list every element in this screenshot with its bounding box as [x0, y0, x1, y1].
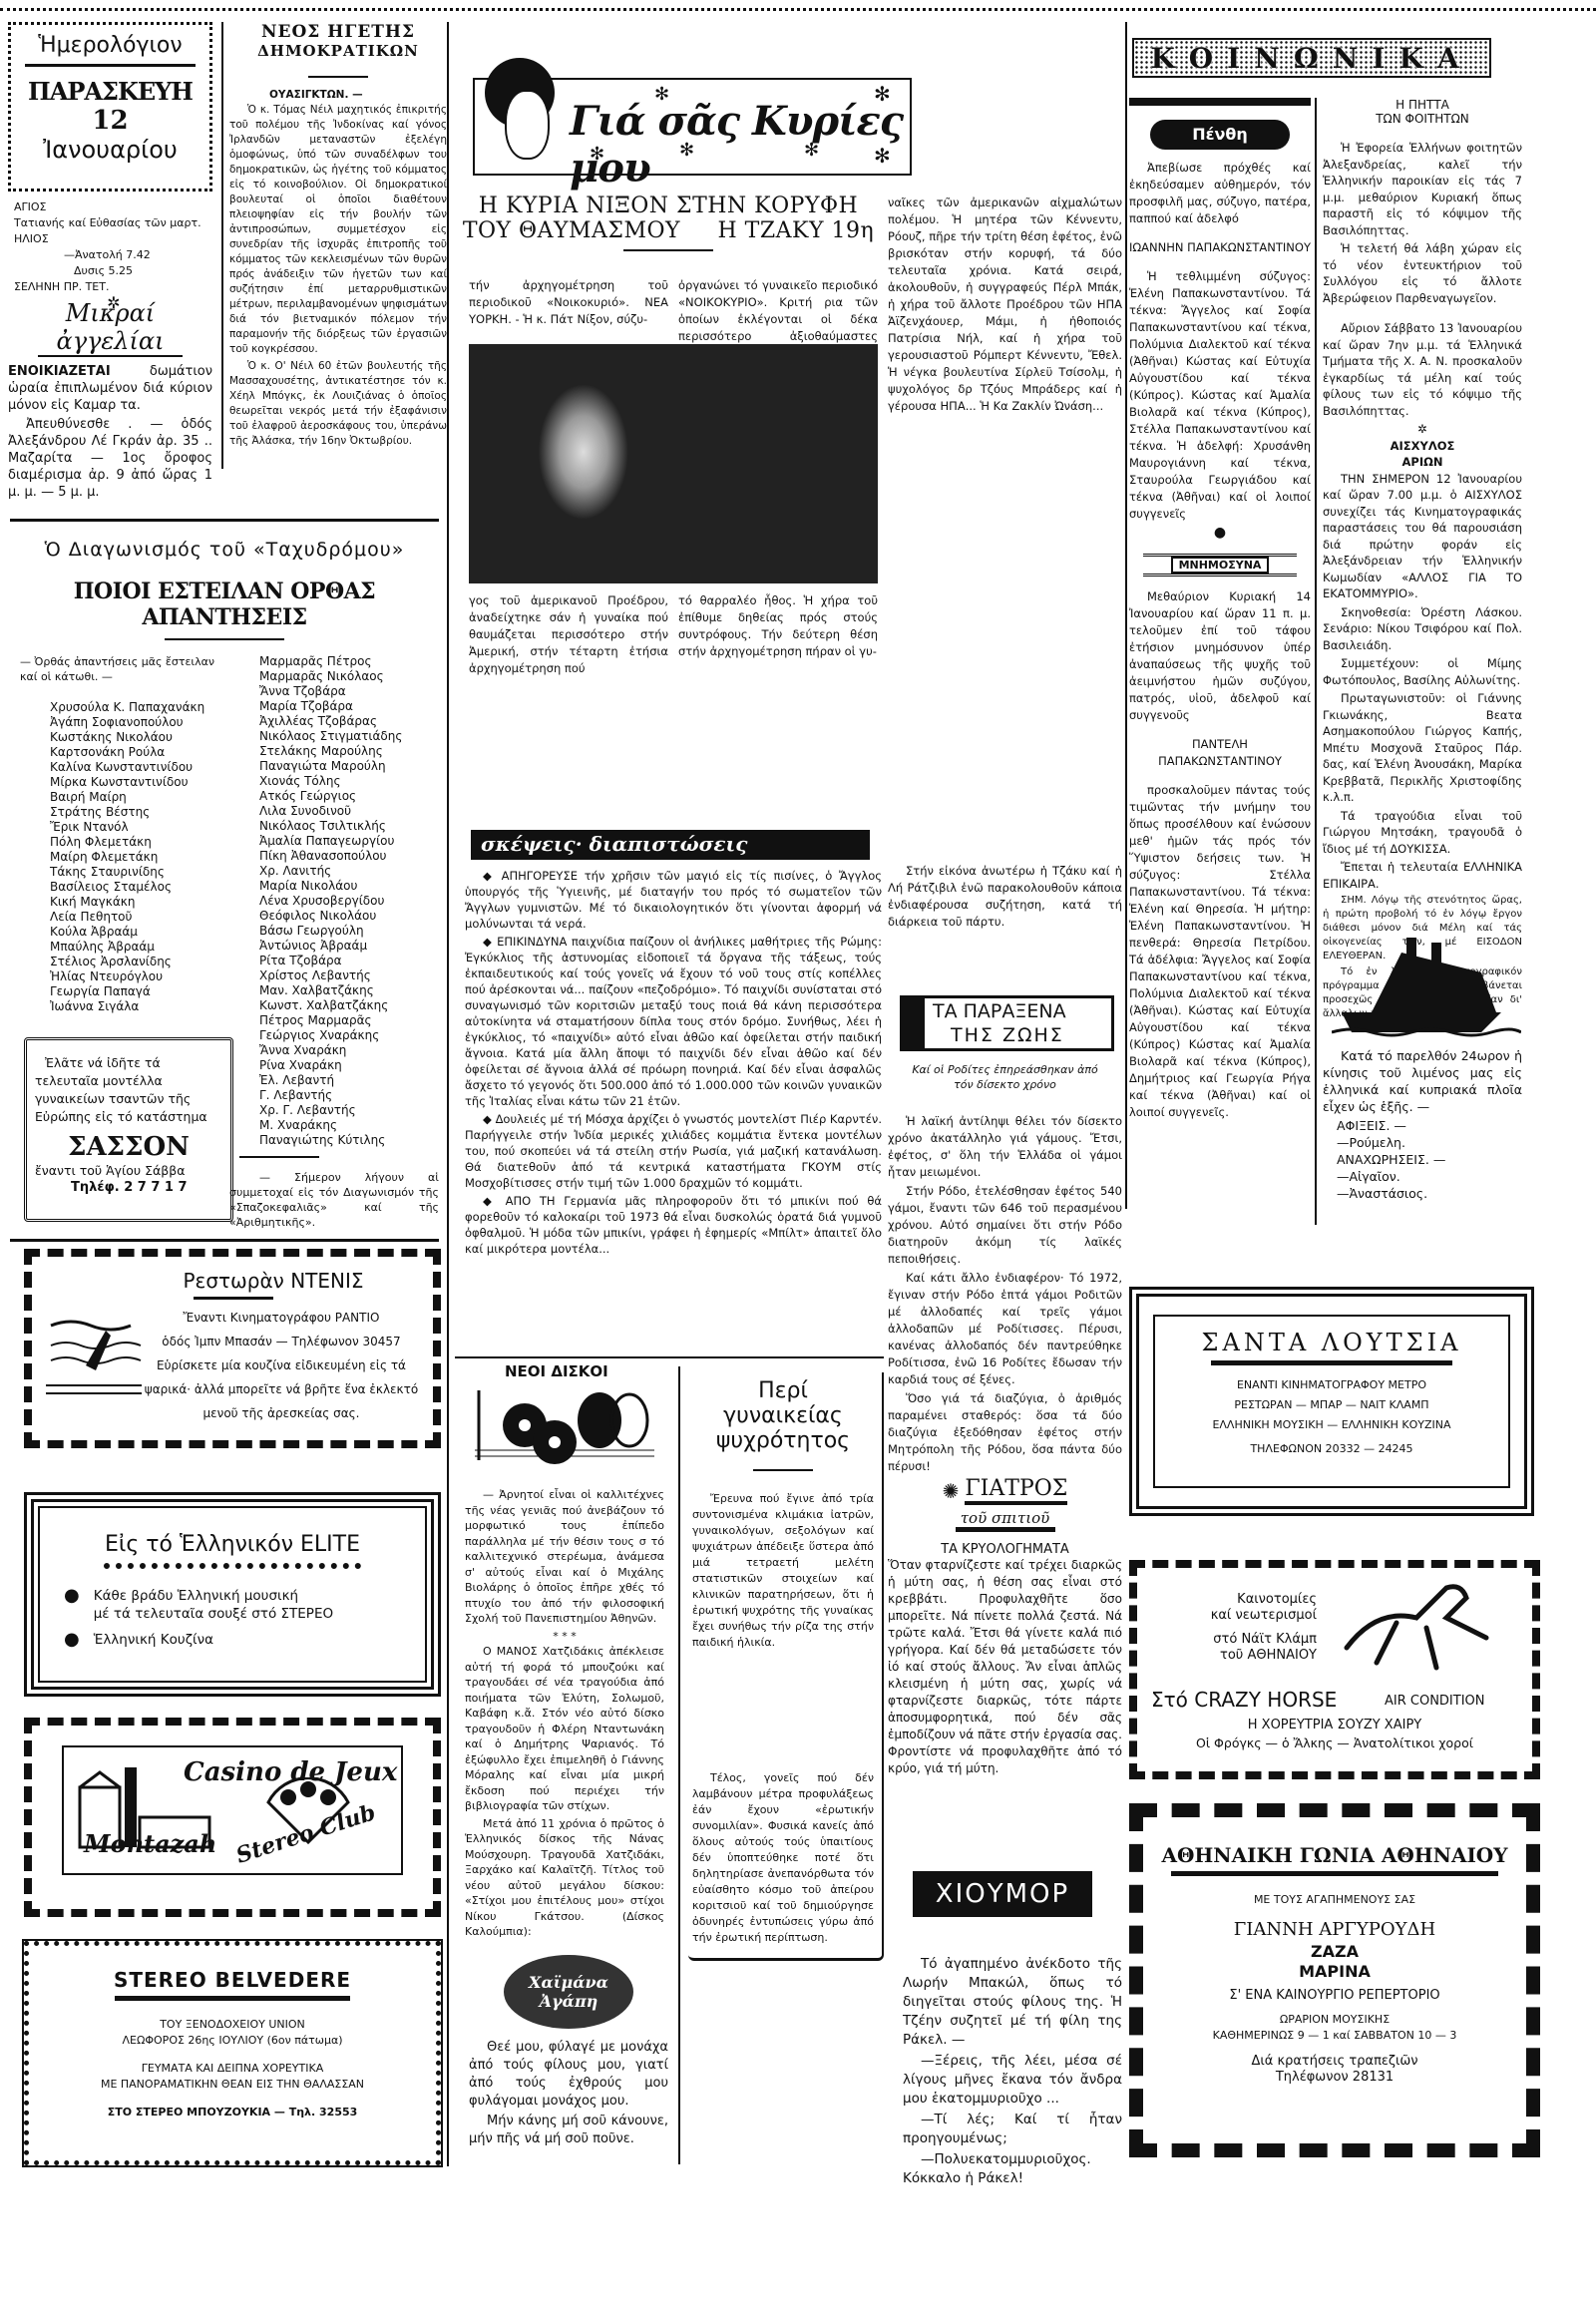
ad-elite: Εἰς τό Ἑλληνικόν ELITE ● Κάθε βράδυ Ἑλλη… — [24, 1492, 441, 1697]
contest-name: Ἠλίας Ντευρόγλου — [50, 969, 229, 984]
fan-icon — [263, 1777, 353, 1847]
contest-name: Κωνστ. Χαλβατζάκης — [259, 998, 439, 1013]
fish-boat-icon — [46, 1306, 142, 1405]
doctor-text: Ὅταν φταρνίζεστε καί τρέχει διαρκῶς ἡ μύ… — [888, 1557, 1122, 1777]
love-box: Χαϊμάνα Ἀγάπη Θεέ μου, φύλαγέ με μονάχα … — [469, 1955, 668, 2150]
contest-name: Πέτρος Μαρμαρᾶς — [259, 1013, 439, 1028]
strange-life-title-1: ΤΑ ΠΑΡΑΞΕΝΑ — [933, 1000, 1066, 1022]
cinema-para-2: Σκηνοθεσία: Ὀρέστη Λάσκου. Σενάριο: Νίκο… — [1323, 604, 1522, 654]
athinaiou-artist-2: ΖΑΖΑ — [1161, 1942, 1508, 1962]
contest-names-right: Μαρμαρᾶς ΠέτροςΜαρμαρᾶς ΝικόλαοςἌννα Τζο… — [229, 654, 439, 1148]
ship-icon — [1332, 933, 1521, 1042]
denis-line-1: Ἔναντι Κινηματογράφου ΡΑΝΤΙΟ — [142, 1306, 421, 1330]
santa-lucia-line-2: ΡΕΣΤΩΡΑΝ — ΜΠΑΡ — ΝΑΙΤ ΚΛΑΜΠ — [1161, 1395, 1502, 1415]
ad-casino: Casino de Jeux Montazah Stereo Club — [24, 1718, 441, 1917]
women-banner: Γιά σᾶς Κυρίες μου ✻ ✻ ✻ ✻ ✻ ✻ — [473, 78, 912, 176]
contest-name: Ἐλ. Λεβαντή — [259, 1073, 439, 1088]
arrivals-item: —Ρούμελη. — [1323, 1134, 1522, 1151]
calendar-month: Ἰανουαρίου — [11, 136, 209, 164]
records-stars: * * * — [465, 1629, 664, 1645]
contest-name: Λεία Πεθητοῦ — [50, 910, 229, 925]
column-divider — [447, 22, 449, 2166]
records-section: ΝΕΟΙ ΔΙΣΚΟΙ — Ἀρνητοί εἶναι οἱ καλλιτέχν… — [465, 1362, 664, 1942]
humor-para-3: —Τί λές; Καί τί ἦταν προηγουμένως; — [903, 2111, 1122, 2148]
contest-name: Βάσω Γεωργούλη — [259, 924, 439, 939]
rule — [115, 1996, 350, 2001]
woman-face-icon — [505, 90, 550, 160]
top-rule — [0, 8, 1596, 14]
ad-belvedere: STEREO BELVEDERE ΤΟΥ ΞΕΝΟΔΟΧΕΙΟΥ UNION Λ… — [24, 1941, 441, 2165]
women-banner-title: Γιά σᾶς Κυρίες μου — [570, 98, 910, 192]
contest-name: Παναγιώτα Μαρούλη — [259, 759, 439, 774]
elite-title: Εἰς τό Ἑλληνικόν ELITE — [64, 1532, 401, 1557]
calendar-day: 12 — [11, 106, 209, 136]
contest-name: Χρ. Γ. Λεβαντής — [259, 1103, 439, 1118]
contest-name: Ρίτα Τζοβάρα — [259, 954, 439, 968]
athinaiou-line-4: ΚΑΘΗΜΕΡΙΝΩΣ 9 — 1 καί ΣΑΒΒΑΤΟΝ 10 — 3 — [1161, 2028, 1508, 2044]
records-para-3: Μετά ἀπό 11 χρόνια ὁ πρῶτος ὁ Ἑλληνικός … — [465, 1816, 664, 1940]
contest-name: Κωστάκης Νικολάου — [50, 730, 229, 745]
section-rule — [10, 519, 439, 522]
column-divider — [1125, 22, 1127, 1209]
ad-crazy-horse: Καινοτομίες καί νεωτερισμοί στό Νάϊτ Κλά… — [1129, 1560, 1540, 1779]
classifieds: Μικραί ἀγγελίαι ΕΝΟΙΚΙΑΖΕΤΑΙ δωμάτιον ὡρ… — [8, 299, 212, 503]
records-para-2: Ο ΜΑΝΟΣ Χατζιδάκις ἀπέκλεισε αὐτή τή φορ… — [465, 1644, 664, 1814]
frigidity-article: Περί γυναικείας ψυχρότητος Ἔρευνα πού ἔγ… — [688, 1372, 884, 1961]
photo-note: Στήν εἰκόνα ἀνωτέρω ἡ Τζάκυ καί ἡ Λή Ράτ… — [888, 863, 1122, 931]
family-2: προσκαλοῦμεν πάντας τούς τιμῶντας τήν μν… — [1129, 782, 1311, 1121]
rule — [239, 1156, 319, 1158]
thought-item: ◆ ΕΠΙΚΙΝΔΥΝΑ παιχνίδια παίζουν οἱ ἀνήλικ… — [465, 934, 882, 1109]
strange-life-subtitle: Καί οἱ Ροδίτες ἐπηρεάσθηκαν ἀπό τόν δίσε… — [903, 1062, 1107, 1092]
contest-name: Ἄννα Χναράκη — [259, 1043, 439, 1058]
cinema-para-5: Τά τραγούδια εἶναι τοῦ Γιώργου Μητσάκη, … — [1323, 808, 1522, 858]
thought-text: ΕΠΙΚΙΝΔΥΝΑ παιχνίδια παίζουν οἱ ἀνήλικες… — [465, 935, 882, 1108]
ad-athinaiou: ΑΘΗΝΑΙΚΗ ΓΩΝΙΑ ΑΘΗΝΑΙΟΥ ΜΕ ΤΟΥΣ ΑΓΑΠΗΜΕΝ… — [1129, 1803, 1540, 2157]
contest-name: Στελάκης Μαρούλης — [259, 744, 439, 759]
thoughts-list: ◆ ΑΠΗΓΟΡΕΥΣΕ τήν χρῆσιν τῶν μαγιό εἰς τί… — [465, 868, 882, 1259]
saint-label: ΑΓΙΟΣ — [14, 199, 213, 215]
women-headline: Η ΚΥΡΙΑ ΝΙΞΟΝ ΣΤΗΝ ΚΟΡΥΦΗ ΤΟΥ ΘΑΥΜΑΣΜΟΥ … — [459, 193, 878, 257]
belvedere-line-4: ΜΕ ΠΑΝΟΡΑΜΑΤΙΚΗΝ ΘΕΑΝ ΕΙΣ ΤΗΝ ΘΑΛΑΣΣΑΝ — [45, 2077, 420, 2093]
thoughts-banner: σκέψεις· διαπιστώσεις — [471, 830, 870, 860]
rule — [194, 1297, 273, 1300]
contest-name: Χρίστος Λεβαντής — [259, 968, 439, 983]
athinaiou-line-2: Σ' ΕΝΑ ΚΑΙΝΟΥΡΓΙΟ ΡΕΠΕΡΤΟΡΙΟ — [1161, 1988, 1508, 2004]
cinema-title-2: ΑΡΙΩΝ — [1323, 454, 1522, 471]
crazy-horse-name: Στό CRAZY HORSE — [1151, 1688, 1337, 1712]
crazy-line-4: τοῦ ΑΘΗΝΑΙΟΥ — [1167, 1648, 1317, 1664]
flower-icon: ✻ — [590, 144, 604, 165]
athinaiou-artist-3: ΜΑΡΙΝΑ — [1161, 1962, 1508, 1982]
democrats-headline-2: ΔΗΜΟΚΡΑΤΙΚΩΝ — [229, 42, 447, 60]
ad-sasson: Ἐλᾶτε νά ἰδῆτε τά τελευταῖα μοντέλλα γυν… — [24, 1037, 233, 1222]
diamond-bullet-icon: ◆ — [483, 869, 502, 883]
humor-para-4: —Πολυεκατομμυριοῦχος. Κόκκαλο ἡ Ράκελ! — [903, 2150, 1122, 2188]
women-headline-2: ΤΟΥ ΘΑΥΜΑΣΜΟΥ Η ΤΖΑΚΥ 19η — [459, 218, 878, 243]
denis-line-2: ὁδός Ἰμπν Μπασάν — Τηλέφωνον 30457 — [142, 1330, 421, 1353]
cinema-para-1: ΤΗΝ ΣΗΜΕΡΟΝ 12 Ἰανουαρίου καί ὥραν 7.00 … — [1323, 471, 1522, 602]
frigidity-para-2: Τέλος, γονεῖς πού δέν λαμβάνουν μέτρα πρ… — [692, 1770, 874, 1946]
thought-item: ◆ Δουλειές μέ τή Μόσχα ἀρχίζει ὁ γνωστός… — [465, 1111, 882, 1191]
pitta-para-1: Ἡ Ἐφορεία Ἑλλήνων φοιτητῶν Ἀλεξανδρείας,… — [1323, 140, 1522, 238]
deceased-1: ΙΩΑΝΝΗΝ ΠΑΠΑΚΩΝΣΤΑΝΤΙΝΟΥ — [1129, 239, 1311, 256]
social-banner: ΚΟΙΝΩΝΙΚΑ — [1132, 38, 1491, 78]
photo-note-text: Στήν εἰκόνα ἀνωτέρω ἡ Τζάκυ καί ἡ Λή Ράτ… — [888, 863, 1122, 931]
athinaiou-artist-1: ΓΙΑΝΝΗ ΑΡΓΥΡΟΥΔΗ — [1161, 1918, 1508, 1942]
doctor-subtitle: τοῦ σπιτιοῦ — [956, 1509, 1055, 1532]
contest-name: Καλίνα Κωνσταντινίδου — [50, 760, 229, 775]
pitta-para-2: Ἡ τελετή θά λάβη χώραν εἰς τό νέον ἐντευ… — [1323, 240, 1522, 306]
contest-name: Ατκός Γεώργιος — [259, 789, 439, 804]
frigidity-title-1: Περί — [692, 1378, 874, 1403]
doctor-heading: ΤΑ ΚΡΥΟΛΟΓΗΜΑΤΑ — [888, 1542, 1122, 1557]
social-right: Η ΠΗΤΤΑ ΤΩΝ ΦΟΙΤΗΤΩΝ Ἡ Ἐφορεία Ἑλλήνων φ… — [1323, 98, 1522, 1040]
leaf-icon — [903, 998, 925, 1048]
santa-lucia-line-4: ΤΗΛΕΦΩΝΟΝ 20332 — 24245 — [1161, 1439, 1502, 1459]
crazy-horse-line-5: Η ΧΟΡΕΥΤΡΙΑ ΣΟΥΖΥ ΧΑΙΡΥ — [1147, 1718, 1522, 1733]
thought-text: ΑΠΗΓΟΡΕΥΣΕ τήν χρῆσιν τῶν μαγιό εἰς τίς … — [465, 869, 882, 931]
contest-names-left: Χρυσούλα Κ. ΠαπαχανάκηἈγάπη Σοφιανοπούλο… — [10, 700, 229, 1014]
contest-name: Λιλα Συνοδινοῦ — [259, 804, 439, 819]
memorial-intro: Μεθαύριον Κυριακή 14 Ἰανουαρίου καί ὥραν… — [1129, 588, 1311, 724]
elite-bullet-2: Ἑλληνική Κουζίνα — [94, 1631, 213, 1649]
column-divider — [1315, 98, 1317, 1225]
pitta-title-1: Η ΠΗΤΤΑ — [1323, 98, 1522, 112]
contest-name: Ρίνα Χναράκη — [259, 1058, 439, 1073]
belvedere-title: STEREO BELVEDERE — [45, 1968, 420, 1992]
social-left: Πένθη Ἀπεβίωσε πρόχθές καί ἐκηδεύσαμεν α… — [1129, 98, 1311, 1123]
democrats-para-1: Ὁ κ. Τόμας Νέιλ μαχητικός ἐπικριτής τοῦ … — [229, 103, 447, 357]
cinema-para-6: Ἔπεται ἡ τελευταία ΕΛΛΗΝΙΚΑ ΕΠΙΚΑΙΡΑ. — [1323, 859, 1522, 892]
santa-lucia-title: ΣΑΝΤΑ ΛΟΥΤΣΙΑ — [1161, 1329, 1502, 1356]
classifieds-title: Μικραί ἀγγελίαι — [38, 299, 183, 357]
athinaiou-line-6: Τηλέφωνον 28131 — [1161, 2070, 1508, 2086]
crazy-line-2: καί νεωτερισμοί — [1167, 1608, 1317, 1624]
departures-item: —Αἰγαῖον. — [1323, 1168, 1522, 1185]
contest-name: Μαν. Χαλβατζάκης — [259, 983, 439, 998]
mourning-label: Πένθη — [1150, 120, 1290, 150]
calendar-box: Ἡμερολόγιον ΠΑΡΑΣΚΕΥΗ 12 Ἰανουαρίου — [8, 22, 212, 192]
women-col-3: ναῖκες τῶν ἀμερικανῶν αἰχμαλώτων πολέμου… — [888, 194, 1122, 858]
contest-kicker: Ὁ Διαγωνισμός τοῦ «Ταχυδρόμου» — [10, 539, 439, 561]
elite-bullet-1b: μέ τά τελευταῖα σουξέ στό ΣΤΕΡΕΟ — [94, 1605, 333, 1623]
crazy-horse-air: AIR CONDITION — [1385, 1694, 1485, 1709]
flower-icon: ✻ — [874, 144, 891, 168]
contest-name: Στράτης Βέστης — [50, 805, 229, 820]
rule — [1211, 1360, 1452, 1365]
contest-name: Γ. Λεβαντής — [259, 1088, 439, 1103]
contest-name: Κική Μαγκάκη — [50, 895, 229, 910]
contest-name: Ἀντώνιος Ἀβραάμ — [259, 939, 439, 954]
flower-icon: ✻ — [654, 84, 669, 105]
classified-contact: Ἀπευθύνεσθε . — ὁδός Ἀλεξάνδρου Λέ Γκράν… — [8, 416, 212, 501]
santa-lucia-line-3: ΕΛΛΗΝΙΚΗ ΜΟΥΣΙΚΗ — ΕΛΛΗΝΙΚΗ ΚΟΥΖΙΝΑ — [1161, 1415, 1502, 1435]
strange-life-para-2: Στήν Ρόδο, ἐτελέσθησαν ἐφέτος 540 γάμοι,… — [888, 1183, 1122, 1268]
contest-name: Ἀμαλία Παπαγεωργίου — [259, 834, 439, 849]
calendar-weekday: ΠΑΡΑΣΚΕΥΗ — [11, 77, 209, 106]
contest-name: Ἔρικ Ντανόλ — [50, 820, 229, 835]
bullet-icon: ● — [64, 1587, 80, 1623]
women-photo-caption-right: τό θαρραλέο ἦθος. Ἡ χήρα τοῦ ἐπίθυμε δηθ… — [678, 592, 878, 660]
social-banner-title: ΚΟΙΝΩΝΙΚΑ — [1134, 40, 1489, 78]
crazy-line-3: στό Νάϊτ Κλάμπ — [1167, 1632, 1317, 1648]
cinema-para-4: Πρωταγωνιστοῦν: οἱ Γιάννης Γκιωνάκης, Βε… — [1323, 690, 1522, 806]
flower-icon: ✻ — [874, 82, 891, 106]
rule — [1171, 1871, 1498, 1876]
contest-headline: ΠΟΙΟΙ ΕΣΤΕΙΛΑΝ ΟΡΘΑΣ ΑΠΑΝΤΗΣΕΙΣ — [10, 578, 439, 630]
contest-name: Μαρμαρᾶς Νικόλαος — [259, 669, 439, 684]
ad-santa-lucia: ΣΑΝΤΑ ΛΟΥΤΣΙΑ ΕΝΑΝΤΙ ΚΙΝΗΜΑΤΟΓΡΑΦΟΥ ΜΕΤΡ… — [1129, 1287, 1534, 1516]
records-birds-icon — [465, 1380, 664, 1475]
contest-name: Ἰωάννα Σιγάλα — [50, 999, 229, 1014]
memorial-label-box: ΜΝΗΜΟΣΥΝΑ — [1143, 554, 1297, 577]
section-rule — [455, 1356, 884, 1358]
bullet-icon: ● — [1129, 525, 1311, 542]
contest-name: Μαίρη Φλεμετάκη — [50, 850, 229, 865]
ad-denis: Ρεστωρὰν ΝΤΕΝΙΣ Ἔναντι Κινηματογράφου ΡΑ… — [24, 1249, 441, 1448]
sasson-name: ΣΑΣΣΟΝ — [35, 1132, 222, 1162]
contest-name: Γεωργία Παπαγά — [50, 984, 229, 999]
rule — [753, 1469, 813, 1471]
records-title: ΝΕΟΙ ΔΙΣΚΟΙ — [465, 1362, 664, 1380]
belvedere-line-1: ΤΟΥ ΞΕΝΟΔΟΧΕΙΟΥ UNION — [45, 2017, 420, 2033]
thought-item: ◆ ΑΠΟ ΤΗ Γερμανία μᾶς πληροφοροῦν ὅτι τό… — [465, 1193, 882, 1257]
love-title: Χαϊμάνα Ἀγάπη — [504, 1955, 633, 2029]
contest-name: Ἄννα Τζοβάρα — [259, 684, 439, 699]
classified-lead: ΕΝΟΙΚΙΑΖΕΤΑΙ — [8, 364, 111, 379]
contest-name: Μαρμαρᾶς Πέτρος — [259, 654, 439, 669]
cinema-title-1: ΑΙΣΧΥΛΟΣ — [1323, 438, 1522, 455]
headline-rule — [308, 76, 368, 78]
rule — [104, 1563, 361, 1569]
santa-lucia-line-1: ΕΝΑΝΤΙ ΚΙΝΗΜΑΤΟΓΡΑΦΟΥ ΜΕΤΡΟ — [1161, 1375, 1502, 1395]
contest-name: Καρτσονάκη Ρούλα — [50, 745, 229, 760]
contest-name: Πόλη Φλεμετάκη — [50, 835, 229, 850]
pitta-para-3: Αὔριον Σάββατο 13 Ἰανουαρίου καί ὥραν 7η… — [1323, 320, 1522, 419]
calendar-title: Ἡμερολόγιον — [25, 33, 196, 67]
sun-icon: ✺ — [943, 1479, 960, 1503]
port-news: Κατά τό παρελθόν 24ωρον ἡ κίνησις τοῦ λι… — [1323, 1047, 1522, 1202]
love-para-2: Μήν κάνης μή σοῦ κάνουνε, μήν πῆς νά μή … — [469, 2113, 668, 2148]
arrivals-label: ΑΦΙΞΕΙΣ. — — [1323, 1117, 1522, 1134]
humor-para-1: Τό ἀγαπημένο ἀνέκδοτο τῆς Λωρήν Μπακώλ, … — [903, 1955, 1122, 2050]
contest-name: Πίκη Ἀθανασοπούλου — [259, 849, 439, 864]
horse-icon — [1337, 1578, 1496, 1678]
love-para-1: Θεέ μου, φύλαγέ με μονάχα ἀπό τούς φίλου… — [469, 2039, 668, 2111]
records-para-1: — Ἀρνητοί εἶναι οἱ καλλιτέχνες τῆς νέας … — [465, 1487, 664, 1627]
humor-body: Τό ἀγαπημένο ἀνέκδοτο τῆς Λωρήν Μπακώλ, … — [903, 1955, 1122, 2190]
cinema-para-3: Συμμετέχουν: οἱ Μίμης Φωτόπουλος, Βασίλη… — [1323, 655, 1522, 688]
flower-icon: ✻ — [679, 140, 694, 161]
column-divider — [221, 22, 223, 469]
denis-line-3: Εὑρίσκετε μία κουζίνα εἰδικευμένη εἰς τά… — [142, 1353, 421, 1425]
star-ornament-icon: ✲ — [1323, 421, 1522, 438]
thought-item: ◆ ΑΠΗΓΟΡΕΥΣΕ τήν χρῆσιν τῶν μαγιό εἰς τί… — [465, 868, 882, 932]
almanac: ΑΓΙΟΣ Τατιανής καί Εὐθασίας τῶν μαρτ. ΗΛ… — [14, 199, 213, 311]
belvedere-line-5: ΣΤΟ ΣΤΕΡΕΟ ΜΠΟΥΖΟΥΚΙΑ — Τηλ. 32553 — [45, 2105, 420, 2120]
contest-name: Τάκης Σταυρινίδης — [50, 865, 229, 880]
doctor-section: ✺ ΓΙΑΤΡΟΣ τοῦ σπιτιοῦ ΤΑ ΚΡΥΟΛΟΓΗΜΑΤΑ Ὅτ… — [888, 1476, 1122, 1777]
contest-name: Νικόλαος Τσιλτικλής — [259, 819, 439, 834]
diamond-bullet-icon: ◆ — [483, 1194, 506, 1208]
contest-name: Βαιρή Μαίρη — [50, 790, 229, 805]
contest-name: Χρυσούλα Κ. Παπαχανάκη — [50, 700, 229, 715]
contest-footnote: — Σήμερον λήγουν αἱ συμμετοχαί εἰς τόν Δ… — [229, 1170, 439, 1230]
contest-name: Χρ. Λανιτής — [259, 864, 439, 879]
thought-text: ΑΠΟ ΤΗ Γερμανία μᾶς πληροφοροῦν ὅτι τό μ… — [465, 1194, 882, 1256]
section-rule — [10, 1239, 439, 1242]
contest-name: Θεόφιλος Νικολάου — [259, 909, 439, 924]
athinaiou-line-5: Διά κρατήσεις τραπεζιῶν — [1161, 2054, 1508, 2070]
rule — [623, 249, 713, 251]
democrats-article: ΝΕΟΣ ΗΓΕΤΗΣ ΔΗΜΟΚΡΑΤΙΚΩΝ ΟΥΑΣΙΓΚΤΩΝ. — Ὁ… — [229, 22, 447, 451]
contest-name: Μίρκα Κωνσταντινίδου — [50, 775, 229, 790]
contest-name: Κούλα Ἀβραάμ — [50, 925, 229, 940]
diamond-bullet-icon: ◆ — [483, 1112, 496, 1126]
democrats-headline-1: ΝΕΟΣ ΗΓΕΤΗΣ — [229, 22, 447, 42]
sun-label: ΗΛΙΟΣ — [14, 231, 213, 247]
strange-life-para-4: Ὅσο γιά τά διαζύγια, ὁ ἀριθμός παραμένει… — [888, 1390, 1122, 1475]
column-divider — [678, 1366, 680, 2164]
saint-name: Τατιανής καί Εὐθασίας τῶν μαρτ. — [14, 215, 213, 231]
headline-rule — [165, 638, 284, 640]
sunset: Δυσις 5.25 — [14, 263, 213, 279]
casino-location: Montazah — [84, 1829, 216, 1858]
departures-item: —Ἀναστάσιος. — [1323, 1185, 1522, 1202]
crazy-line-1: Καινοτομίες — [1167, 1592, 1317, 1608]
denis-title: Ρεστωρὰν ΝΤΕΝΙΣ — [46, 1269, 421, 1293]
strange-life-body: Ἡ λαϊκή ἀντίληψι θέλει τόν δίσεκτο χρόνο… — [888, 1113, 1122, 1477]
sasson-phone: Τηλέφ. 2 7 7 1 7 — [35, 1179, 222, 1196]
humor-banner: ΧΙΟΥΜΟΡ — [913, 1871, 1092, 1917]
strange-life-banner: ΤΑ ΠΑΡΑΞΕΝΑ ΤΗΣ ΖΩΗΣ — [900, 995, 1114, 1051]
sasson-address: ἔναντι τοῦ Ἁγίου Σάββα — [35, 1162, 222, 1179]
contest-name: Λένα Χρυσοβεργίδου — [259, 894, 439, 909]
diamond-bullet-icon: ◆ — [483, 935, 497, 949]
contest-name: Ἀχιλλέας Τζοβάρας — [259, 714, 439, 729]
belvedere-line-3: ΓΕΥΜΑΤΑ ΚΑΙ ΔΕΙΠΝΑ ΧΟΡΕΥΤΙΚΑ — [45, 2061, 420, 2077]
sasson-text: Ἐλᾶτε νά ἰδῆτε τά τελευταῖα μοντέλλα γυν… — [35, 1054, 222, 1126]
women-headline-1: Η ΚΥΡΙΑ ΝΙΞΟΝ ΣΤΗΝ ΚΟΡΥΦΗ — [459, 193, 878, 218]
flower-icon: ✻ — [804, 140, 819, 161]
jackie-kennedy-photo — [469, 344, 878, 583]
departures-label: ΑΝΑΧΩΡΗΣΕΙΣ. — — [1323, 1151, 1522, 1168]
contest-name: Χιονάς Τόλης — [259, 774, 439, 789]
democrats-para-2: Ὁ κ. Ο' Νέιλ 60 ἐτῶν βουλευτής τῆς Μασσα… — [229, 359, 447, 449]
frigidity-title-2: γυναικείας — [692, 1403, 874, 1428]
contest-name: Μαρία Νικολάου — [259, 879, 439, 894]
pitta-title-2: ΤΩΝ ΦΟΙΤΗΤΩΝ — [1323, 112, 1522, 126]
contest-name: Μαρία Τζοβάρα — [259, 699, 439, 714]
contest-name: Στέλιος Ἀρσλανίδης — [50, 955, 229, 969]
sunrise: —Ἀνατολή 7.42 — [14, 247, 213, 263]
port-para: Κατά τό παρελθόν 24ωρον ἡ κίνησις τοῦ λι… — [1323, 1047, 1522, 1115]
contest-name: Μ. Χναράκης — [259, 1118, 439, 1133]
contest-name: Βασίλειος Σταμέλος — [50, 880, 229, 895]
doctor-title: ΓΙΑΤΡΟΣ — [965, 1476, 1067, 1505]
contest-name: Ἀγάπη Σοφιανοπούλου — [50, 715, 229, 730]
contest-name: Νικόλαος Στιγματιάδης — [259, 729, 439, 744]
women-photo-caption-left: γος τοῦ ἀμερικανοῦ Προέδρου, ἀναδείχτηκε… — [469, 592, 668, 677]
family-1: Ἡ τεθλιμμένη σύζυγος: Ἑλένη Παπακωνσταντ… — [1129, 268, 1311, 523]
memorial-label: ΜΝΗΜΟΣΥΝΑ — [1171, 557, 1270, 574]
bullet-icon: ● — [64, 1631, 80, 1649]
rule — [1129, 98, 1311, 106]
crazy-horse-line-6: Οἱ Φρόγκς — ὁ Ἄλκης — Ἀνατολίτικοι χοροί — [1147, 1735, 1522, 1750]
frigidity-para-1: Ἔρευνα πού ἔγινε ἀπό τρία συντονισμένα κ… — [692, 1491, 874, 1651]
contest-intro: — Ὀρθάς ἀπαντήσεις μᾶς ἔστειλαν καί οἱ κ… — [10, 654, 229, 684]
athinaiou-line-3: ΩΡΑΡΙΟΝ ΜΟΥΣΙΚΗΣ — [1161, 2012, 1508, 2028]
thought-text: Δουλειές μέ τή Μόσχα ἀρχίζει ὁ γνωστός μ… — [465, 1112, 882, 1190]
women-col-1: τήν ἀρχηγομέτρηση τοῦ περιοδικοῦ «Νοικοκ… — [469, 277, 668, 328]
contest-name: Παναγιώτης Κύτιλης — [259, 1133, 439, 1148]
contest-name: Μπαύλης Ἀβραάμ — [50, 940, 229, 955]
strange-life-para-3: Καί κάτι ἄλλο ἐνδιαφέρον· Τό 1972, ἔγινα… — [888, 1270, 1122, 1388]
contest-name: Γεώργιος Χναράκης — [259, 1028, 439, 1043]
strange-life-title-2: ΤΗΣ ΖΩΗΣ — [951, 1024, 1064, 1046]
athinaiou-title: ΑΘΗΝΑΙΚΗ ΓΩΝΙΑ ΑΘΗΝΑΙΟΥ — [1161, 1843, 1508, 1867]
democrats-dateline: ΟΥΑΣΙΓΚΤΩΝ. — — [229, 88, 447, 103]
frigidity-title-3: ψυχρότητος — [692, 1428, 874, 1453]
humor-para-2: —Ξέρεις, τῆς λέει, μέσα σέ λίγους μῆνες … — [903, 2052, 1122, 2109]
belvedere-line-2: ΛΕΩΦΟΡΟΣ 26ης ΙΟΥΛΙΟΥ (6ον πάτωμα) — [45, 2033, 420, 2049]
deceased-2: ΠΑΝΤΕΛΗ ΠΑΠΑΚΩΝΣΤΑΝΤΙΝΟΥ — [1129, 736, 1311, 770]
mourning-intro: Ἀπεβίωσε πρόχθές καί ἐκηδεύσαμεν αὐθημερ… — [1129, 160, 1311, 227]
strange-life-para-1: Ἡ λαϊκή ἀντίληψι θέλει τόν δίσεκτο χρόνο… — [888, 1113, 1122, 1181]
athinaiou-line-1: ΜΕ ΤΟΥΣ ΑΓΑΠΗΜΕΝΟΥΣ ΣΑΣ — [1161, 1892, 1508, 1908]
elite-bullet-1a: Κάθε βράδυ Ἑλληνική μουσική — [94, 1587, 333, 1605]
